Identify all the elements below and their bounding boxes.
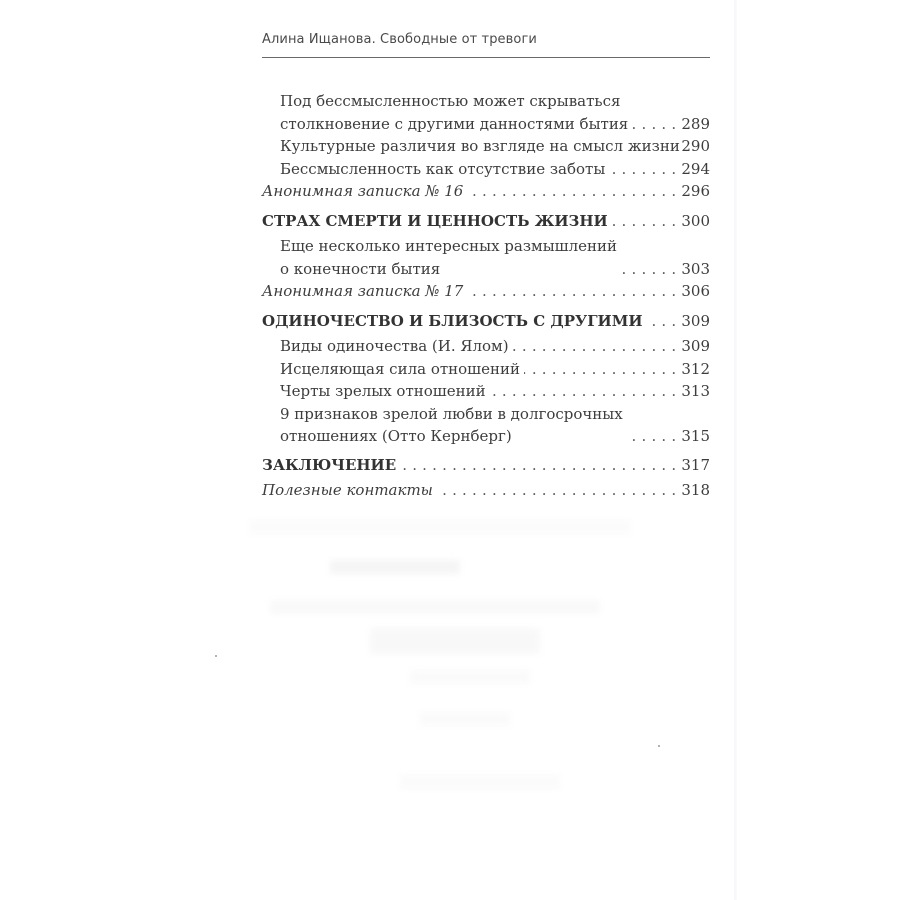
dot-leader: ........................................… [400, 454, 681, 477]
dot-leader: ........................................… [621, 258, 681, 281]
toc-entry-title: Под бессмысленностью может скрыватьсясто… [280, 90, 628, 135]
toc-section-entry[interactable]: Культурные различия во взгляде на смысл … [262, 135, 710, 158]
toc-title-line: о конечности бытия [280, 258, 617, 281]
dot-leader: ........................................… [437, 479, 681, 502]
toc-entry-body: ОДИНОЧЕСТВО И БЛИЗОСТЬ С ДРУГИМИ........… [262, 310, 681, 333]
toc-title-line: столкновение с другими данностями бытия [280, 113, 628, 136]
toc-entry-title: СТРАХ СМЕРТИ И ЦЕННОСТЬ ЖИЗНИ [262, 210, 608, 233]
dot-leader: ........................................… [632, 113, 681, 136]
page-number: 317 [681, 454, 710, 477]
toc-title-line: Анонимная записка № 16 [262, 180, 463, 203]
toc-section-entry[interactable]: Черты зрелых отношений..................… [262, 380, 710, 403]
show-through-text [420, 712, 510, 726]
page-number: 315 [681, 425, 710, 448]
page-number: 306 [681, 280, 710, 303]
toc-title-line: Культурные различия во взгляде на смысл … [280, 135, 680, 158]
show-through-text [370, 628, 540, 654]
toc-entry-title: ЗАКЛЮЧЕНИЕ [262, 454, 396, 477]
toc-section-entry[interactable]: 9 признаков зрелой любви в долгосрочныхо… [262, 403, 710, 448]
page-number: 309 [681, 335, 710, 358]
running-head: Алина Ищанова. Свободные от тревоги [262, 32, 537, 47]
toc-entry-title: ОДИНОЧЕСТВО И БЛИЗОСТЬ С ДРУГИМИ [262, 310, 643, 333]
toc-section-entry[interactable]: Исцеляющая сила отношений...............… [262, 358, 710, 381]
toc-entry-title: Исцеляющая сила отношений [280, 358, 520, 381]
toc-title-line: Под бессмысленностью может скрываться [280, 90, 628, 113]
dot-leader: ........................................… [467, 180, 681, 203]
toc-title-line: отношениях (Отто Кернберг) [280, 425, 623, 448]
toc-title-line: Анонимная записка № 17 [262, 280, 463, 303]
toc-section-entry[interactable]: Под бессмысленностью может скрыватьсясто… [262, 90, 710, 135]
toc-chapter-entry[interactable]: ОДИНОЧЕСТВО И БЛИЗОСТЬ С ДРУГИМИ........… [262, 310, 710, 333]
show-through-text [270, 600, 600, 614]
toc-entry-title: Черты зрелых отношений [280, 380, 486, 403]
toc-entry-body: Анонимная записка № 16..................… [262, 180, 681, 203]
toc-title-line: Черты зрелых отношений [280, 380, 486, 403]
toc-entry-body: ЗАКЛЮЧЕНИЕ..............................… [262, 454, 681, 477]
dot-leader: ........................................… [612, 210, 682, 233]
toc-entry-body: Полезные контакты.......................… [262, 479, 681, 502]
page-number: 313 [681, 380, 710, 403]
show-through-text [330, 560, 460, 574]
toc-title-line: Виды одиночества (И. Ялом) [280, 335, 509, 358]
toc-entry-body: СТРАХ СМЕРТИ И ЦЕННОСТЬ ЖИЗНИ...........… [262, 210, 681, 233]
toc-entry-body: Культурные различия во взгляде на смысл … [280, 135, 681, 158]
toc-entry-title: Полезные контакты [262, 479, 433, 502]
toc-entry-body: Под бессмысленностью может скрыватьсясто… [280, 90, 681, 135]
toc-entry-body: Бессмысленность как отсутствие заботы...… [280, 158, 681, 181]
page-number: 312 [681, 358, 710, 381]
toc-entry-title: Еще несколько интересных размышленийо ко… [280, 235, 617, 280]
toc-title-line: Полезные контакты [262, 479, 433, 502]
toc-entry-body: Исцеляющая сила отношений...............… [280, 358, 681, 381]
page-number: 289 [681, 113, 710, 136]
dot-leader: ........................................… [467, 280, 681, 303]
dot-leader: ........................................… [513, 335, 682, 358]
show-through-text [250, 520, 630, 534]
toc-title-line: ОДИНОЧЕСТВО И БЛИЗОСТЬ С ДРУГИМИ [262, 310, 643, 333]
page-number: 296 [681, 180, 710, 203]
toc-entry-body: Еще несколько интересных размышленийо ко… [280, 235, 681, 280]
toc-section-entry[interactable]: Еще несколько интересных размышленийо ко… [262, 235, 710, 280]
show-through-text [400, 775, 560, 789]
page-edge [734, 0, 737, 900]
toc-entry-title: 9 признаков зрелой любви в долгосрочныхо… [280, 403, 623, 448]
toc-title-line: СТРАХ СМЕРТИ И ЦЕННОСТЬ ЖИЗНИ [262, 210, 608, 233]
page-number: 318 [681, 479, 710, 502]
book-page: Алина Ищанова. Свободные от тревоги Под … [0, 0, 900, 900]
page-number: 300 [681, 210, 710, 233]
toc-entry-title: Культурные различия во взгляде на смысл … [280, 135, 680, 158]
toc-chapter-entry[interactable]: СТРАХ СМЕРТИ И ЦЕННОСТЬ ЖИЗНИ...........… [262, 210, 710, 233]
dot-leader: ........................................… [647, 310, 682, 333]
toc-chapter-entry[interactable]: ЗАКЛЮЧЕНИЕ..............................… [262, 454, 710, 477]
table-of-contents: Под бессмысленностью может скрыватьсясто… [262, 90, 710, 502]
toc-title-line: ЗАКЛЮЧЕНИЕ [262, 454, 396, 477]
toc-title-line: Бессмысленность как отсутствие заботы [280, 158, 605, 181]
toc-entry-body: Анонимная записка № 17..................… [262, 280, 681, 303]
show-through-text [410, 670, 530, 684]
page-number: 303 [681, 258, 710, 281]
dot-leader: ........................................… [609, 158, 681, 181]
page-number: 290 [681, 135, 710, 158]
toc-entry-body: Виды одиночества (И. Ялом)..............… [280, 335, 681, 358]
toc-title-line: 9 признаков зрелой любви в долгосрочных [280, 403, 623, 426]
toc-title-line: Еще несколько интересных размышлений [280, 235, 617, 258]
toc-title-line: Исцеляющая сила отношений [280, 358, 520, 381]
toc-section-entry[interactable]: Виды одиночества (И. Ялом)..............… [262, 335, 710, 358]
dot-leader: ........................................… [627, 425, 682, 448]
toc-entry-body: Черты зрелых отношений..................… [280, 380, 681, 403]
toc-section-entry[interactable]: Бессмысленность как отсутствие заботы...… [262, 158, 710, 181]
dot-leader: ........................................… [524, 358, 681, 381]
toc-entry-title: Анонимная записка № 17 [262, 280, 463, 303]
toc-note-entry[interactable]: Анонимная записка № 17..................… [262, 280, 710, 303]
dot-leader: ........................................… [490, 380, 682, 403]
header-rule [262, 57, 710, 58]
toc-entry-title: Бессмысленность как отсутствие заботы [280, 158, 605, 181]
toc-entry-title: Анонимная записка № 16 [262, 180, 463, 203]
page-number: 309 [681, 310, 710, 333]
page-number: 294 [681, 158, 710, 181]
paper-speck [215, 655, 217, 657]
toc-note-entry[interactable]: Анонимная записка № 16..................… [262, 180, 710, 203]
toc-entry-body: 9 признаков зрелой любви в долгосрочныхо… [280, 403, 681, 448]
paper-speck [658, 745, 660, 747]
toc-note-entry[interactable]: Полезные контакты.......................… [262, 479, 710, 502]
toc-entry-title: Виды одиночества (И. Ялом) [280, 335, 509, 358]
